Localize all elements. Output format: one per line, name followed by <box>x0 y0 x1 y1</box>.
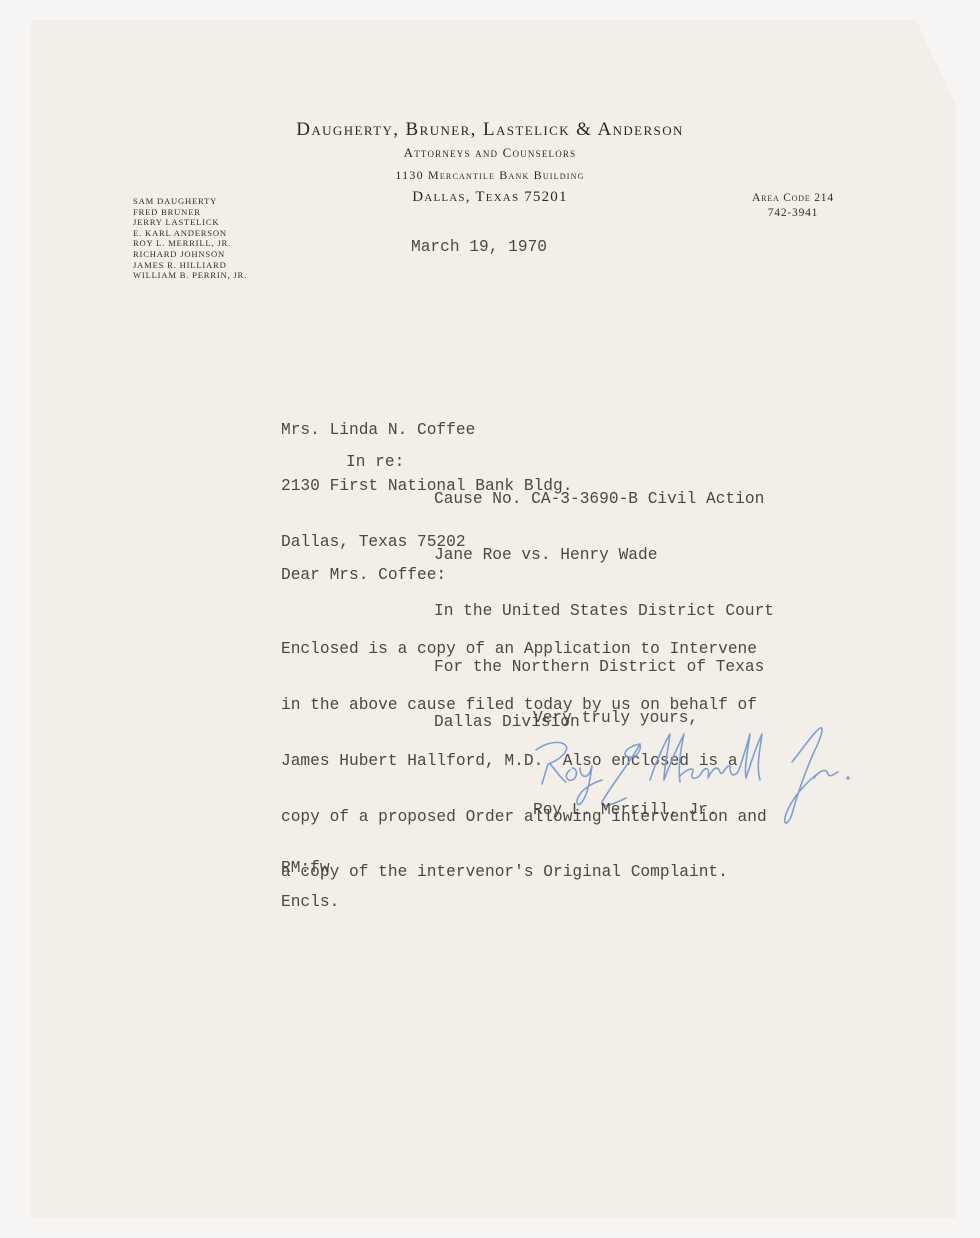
partner-name: Fred Bruner <box>133 207 247 218</box>
partner-name: Sam Daugherty <box>133 196 247 207</box>
reference-initials: RM:fw <box>281 859 330 878</box>
in-re-line: Cause No. CA-3-3690-B Civil Action <box>434 490 774 509</box>
recipient-line: Mrs. Linda N. Coffee <box>281 421 572 440</box>
firm-practice: Attorneys and Counselors <box>0 145 980 161</box>
contact-info: Area Code 214 742-3941 <box>733 191 853 221</box>
phone-number: 742-3941 <box>733 206 853 221</box>
in-re-label: In re: <box>346 453 404 472</box>
partner-name: Roy L. Merrill, Jr. <box>133 238 247 249</box>
partner-name: E. Karl Anderson <box>133 228 247 239</box>
body-line: Enclosed is a copy of an Application to … <box>281 640 767 659</box>
enclosures-note: Encls. <box>281 893 339 912</box>
area-code: Area Code 214 <box>733 191 853 206</box>
letter-date: March 19, 1970 <box>411 238 547 257</box>
partner-list: Sam Daugherty Fred Bruner Jerry Lastelic… <box>133 196 247 281</box>
salutation: Dear Mrs. Coffee: <box>281 566 446 585</box>
partner-name: Richard Johnson <box>133 249 247 260</box>
body-line: a copy of the intervenor's Original Comp… <box>281 863 767 882</box>
in-re-line: Jane Roe vs. Henry Wade <box>434 546 774 565</box>
firm-address: 1130 Mercantile Bank Building <box>0 168 980 183</box>
firm-name: Daugherty, Bruner, Lastelick & Anderson <box>0 119 980 141</box>
partner-name: James R. Hilliard <box>133 260 247 271</box>
signer-name: Roy L. Merrill, Jr. <box>533 801 718 820</box>
partner-name: Jerry Lastelick <box>133 217 247 228</box>
partner-name: William B. Perrin, Jr. <box>133 270 247 281</box>
